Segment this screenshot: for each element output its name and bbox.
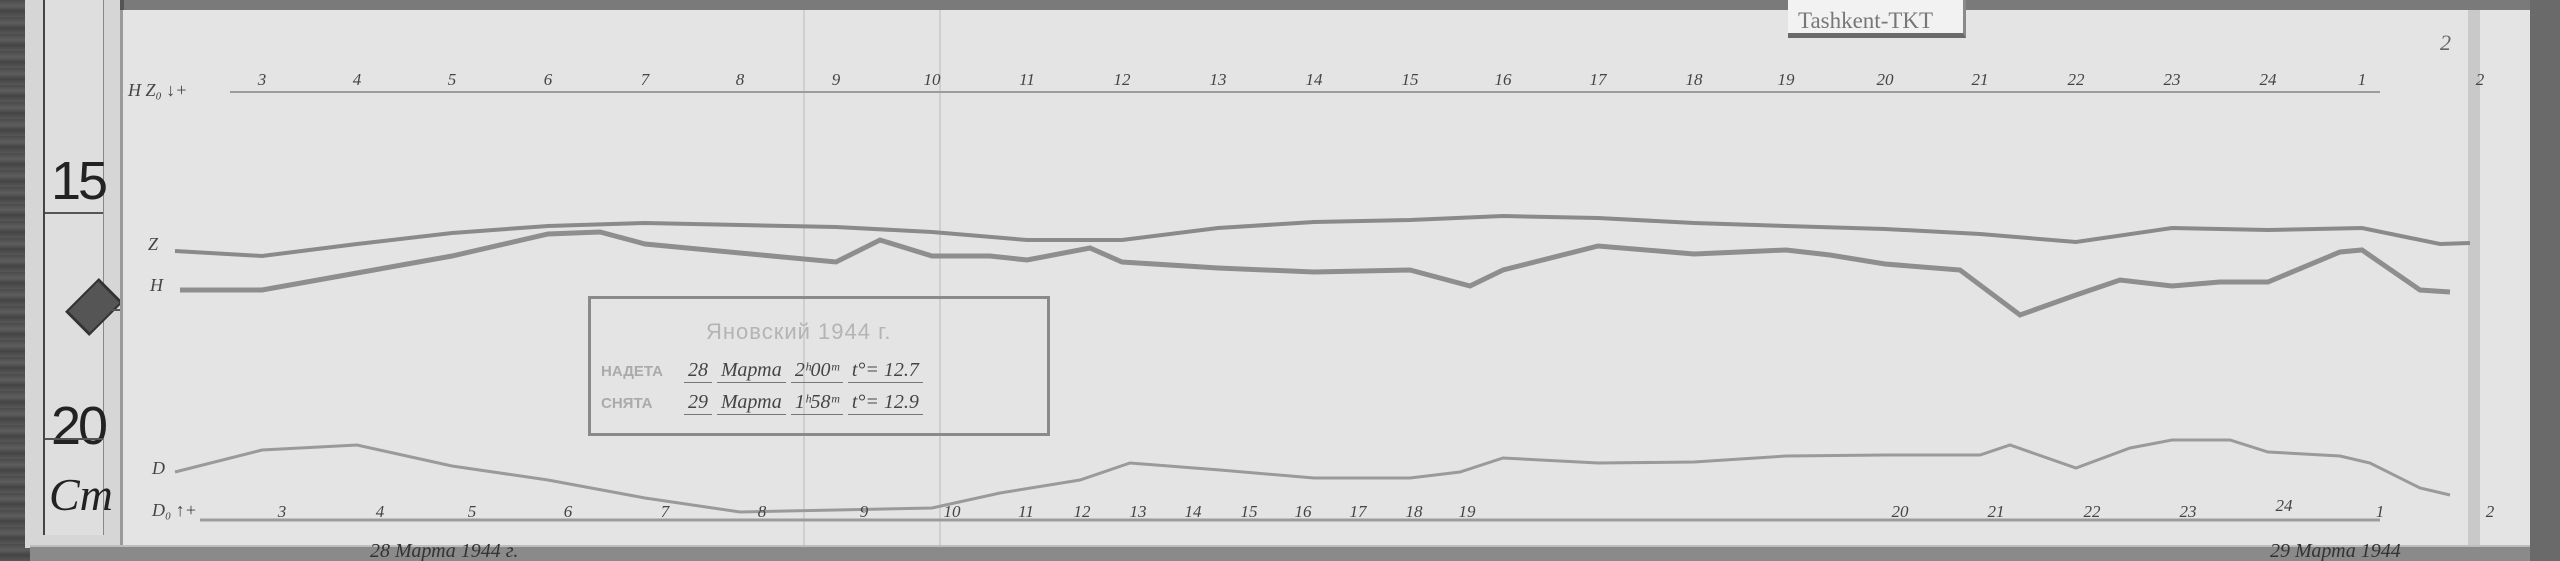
tick-label: 4 — [376, 502, 385, 522]
top-axis-label: H Z₀ ↓+ — [128, 80, 187, 101]
tick-label: 9 — [860, 502, 869, 522]
stamp-day: 28 — [684, 359, 712, 383]
tick-label: 19 — [1459, 502, 1476, 522]
tick-label: 18 — [1406, 502, 1423, 522]
tick-label: 13 — [1130, 502, 1147, 522]
tick-label: 17 — [1350, 502, 1367, 522]
tick-label: 24 — [2260, 70, 2277, 90]
tick-label: 10 — [924, 70, 941, 90]
tick-label: 1 — [2376, 502, 2385, 522]
tick-label: 4 — [353, 70, 362, 90]
tick-label: 21 — [1988, 502, 2005, 522]
tick-label: 22 — [2084, 502, 2101, 522]
tick-label: 21 — [1972, 70, 1989, 90]
tick-label: 23 — [2180, 502, 2197, 522]
stamp-row-put-on: НАДЕТА 28 Марта 2ʰ00ᵐ t°= 12.7 — [601, 359, 923, 383]
tick-label: 9 — [832, 70, 841, 90]
d-curve-label: D — [152, 458, 165, 479]
z-trace — [175, 216, 2470, 256]
tick-label: 13 — [1210, 70, 1227, 90]
tick-label: 2 — [2476, 70, 2485, 90]
tick-label: 5 — [448, 70, 457, 90]
tick-label: 5 — [468, 502, 477, 522]
bottom-axis-label: D₀ ↑+ — [152, 500, 197, 521]
tick-label: 14 — [1306, 70, 1323, 90]
stamp-month: Марта — [717, 359, 786, 383]
tick-label: 11 — [1019, 70, 1035, 90]
h-trace — [180, 232, 2450, 315]
tick-label: 15 — [1241, 502, 1258, 522]
tick-label: 14 — [1185, 502, 1202, 522]
tick-label: 10 — [944, 502, 961, 522]
stamp-day: 29 — [684, 391, 712, 415]
stamp-title: Яновский 1944 г. — [706, 319, 892, 345]
tick-label: 11 — [1018, 502, 1034, 522]
wood-background-right — [2530, 0, 2560, 561]
tick-label: 17 — [1590, 70, 1607, 90]
tick-label: 8 — [758, 502, 767, 522]
tick-label: 1 — [2358, 70, 2367, 90]
tick-label: 23 — [2164, 70, 2181, 90]
tick-label: 19 — [1778, 70, 1795, 90]
tick-label: 2 — [2486, 502, 2495, 522]
tick-label: 12 — [1074, 502, 1091, 522]
tick-label: 3 — [258, 70, 267, 90]
stamp-key: НАДЕТА — [601, 363, 679, 380]
tick-label: 20 — [1892, 502, 1909, 522]
stamp-month: Марта — [717, 391, 786, 415]
tick-label: 7 — [641, 70, 650, 90]
stamp-key: СНЯТА — [601, 395, 679, 412]
footnote-right: 29 Марта 1944 — [2270, 540, 2401, 561]
tick-label: 12 — [1114, 70, 1131, 90]
stamp-row-taken-off: СНЯТА 29 Марта 1ʰ58ᵐ t°= 12.9 — [601, 391, 923, 415]
corner-mark: 2 — [2440, 30, 2451, 56]
stamp-time: 2ʰ00ᵐ — [791, 359, 843, 383]
tick-label: 16 — [1295, 502, 1312, 522]
station-tag: Tashkent-TKT — [1788, 0, 1966, 38]
tick-label: 20 — [1877, 70, 1894, 90]
station-name: Tashkent-TKT — [1788, 0, 1963, 34]
tick-label: 7 — [661, 502, 670, 522]
tick-label: 18 — [1686, 70, 1703, 90]
tick-label: 3 — [278, 502, 287, 522]
tick-label: 6 — [544, 70, 553, 90]
stamp-temp: t°= 12.9 — [848, 391, 923, 415]
z-curve-label: Z — [148, 234, 158, 255]
tick-label: 22 — [2068, 70, 2085, 90]
footnote-left: 28 Марта 1944 г. — [370, 540, 518, 561]
tick-label: 6 — [564, 502, 573, 522]
tick-label: 16 — [1495, 70, 1512, 90]
stamp-temp: t°= 12.7 — [848, 359, 923, 383]
h-curve-label: H — [150, 275, 163, 296]
stamp-time: 1ʰ58ᵐ — [791, 391, 843, 415]
record-stamp: Яновский 1944 г. НАДЕТА 28 Марта 2ʰ00ᵐ t… — [588, 296, 1050, 436]
d-trace — [175, 440, 2450, 512]
tick-label: 24 — [2276, 496, 2293, 516]
tick-label: 8 — [736, 70, 745, 90]
tick-label: 15 — [1402, 70, 1419, 90]
